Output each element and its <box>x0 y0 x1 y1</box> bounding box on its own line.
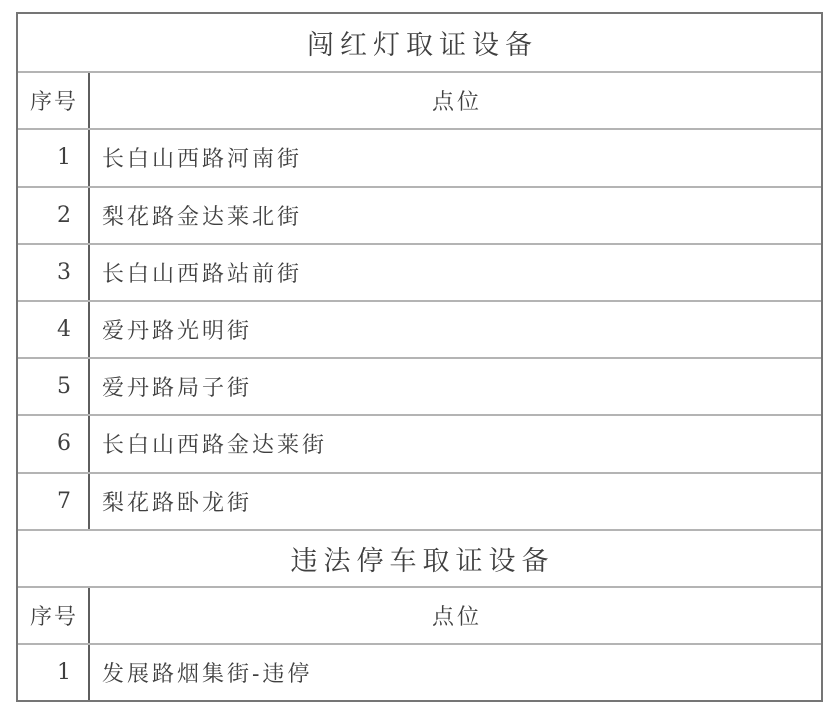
column-header-location: 点位 <box>90 73 821 128</box>
table-row: 6 长白山西路金达莱街 <box>18 414 821 471</box>
row-number-cell: 7 <box>18 474 90 529</box>
row-number-cell: 1 <box>18 130 90 185</box>
section-title-row: 闯红灯取证设备 <box>18 14 821 71</box>
section-title: 违法停车取证设备 <box>291 539 555 578</box>
evidence-table: 闯红灯取证设备 序号 点位 1 长白山西路河南街 2 梨花路金达莱北街 3 长白… <box>16 12 823 702</box>
row-location-cell: 发展路烟集街-违停 <box>90 645 821 700</box>
table-header-row: 序号 点位 <box>18 586 821 643</box>
row-number-cell: 4 <box>18 302 90 357</box>
row-location-cell: 长白山西路金达莱街 <box>90 416 821 471</box>
row-location-cell: 长白山西路河南街 <box>90 130 821 185</box>
row-location-cell: 爱丹路局子街 <box>90 359 821 414</box>
row-location-cell: 爱丹路光明街 <box>90 302 821 357</box>
row-number-cell: 6 <box>18 416 90 471</box>
table-row: 4 爱丹路光明街 <box>18 300 821 357</box>
table-row: 3 长白山西路站前街 <box>18 243 821 300</box>
table-header-row: 序号 点位 <box>18 71 821 128</box>
table-row: 5 爱丹路局子街 <box>18 357 821 414</box>
section-title-row: 违法停车取证设备 <box>18 529 821 586</box>
column-header-no: 序号 <box>18 73 90 128</box>
row-location-cell: 梨花路卧龙街 <box>90 474 821 529</box>
section-title: 闯红灯取证设备 <box>307 23 538 62</box>
row-location-cell: 梨花路金达莱北街 <box>90 188 821 243</box>
row-location-cell: 长白山西路站前街 <box>90 245 821 300</box>
row-number-cell: 5 <box>18 359 90 414</box>
table-row: 1 长白山西路河南街 <box>18 128 821 185</box>
document-page: 闯红灯取证设备 序号 点位 1 长白山西路河南街 2 梨花路金达莱北街 3 长白… <box>0 0 833 716</box>
row-number-cell: 3 <box>18 245 90 300</box>
row-number-cell: 2 <box>18 188 90 243</box>
table-row: 2 梨花路金达莱北街 <box>18 186 821 243</box>
column-header-no: 序号 <box>18 588 90 643</box>
column-header-location: 点位 <box>90 588 821 643</box>
row-number-cell: 1 <box>18 645 90 700</box>
table-row: 7 梨花路卧龙街 <box>18 472 821 529</box>
table-row: 1 发展路烟集街-违停 <box>18 643 821 700</box>
